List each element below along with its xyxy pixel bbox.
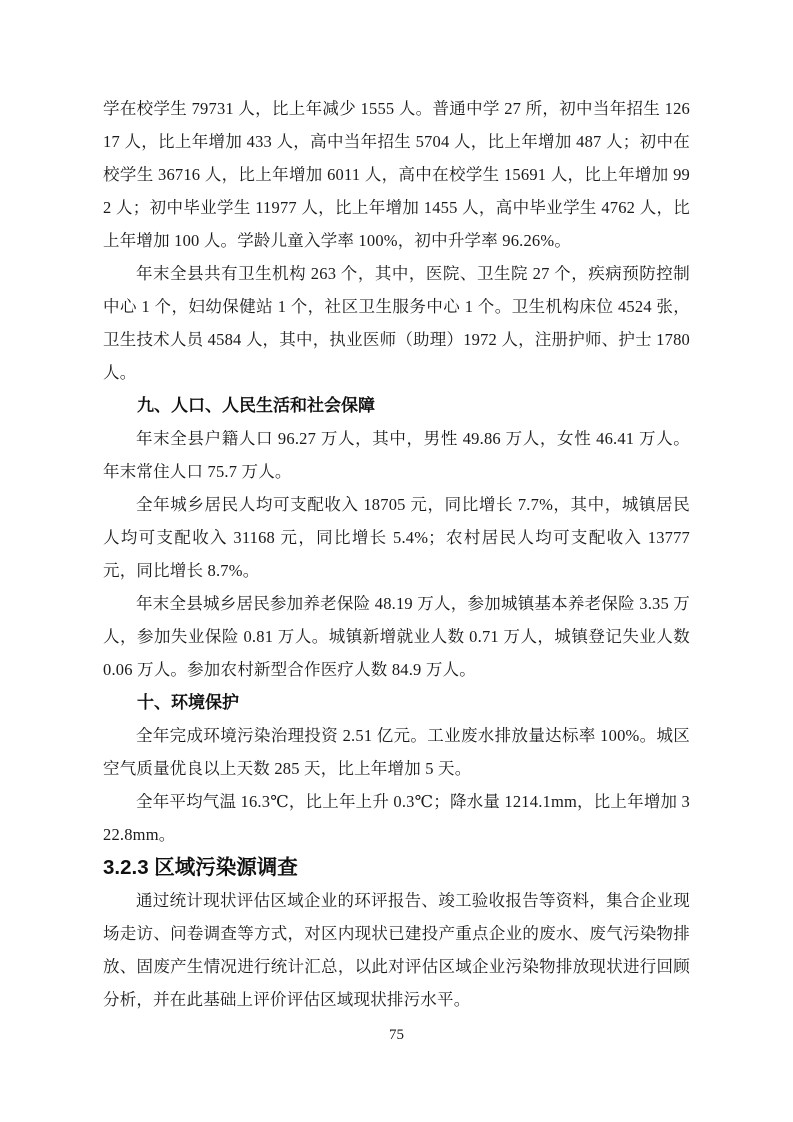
para-income-stats: 全年城乡居民人均可支配收入 18705 元，同比增长 7.7%，其中，城镇居民人… bbox=[103, 488, 690, 587]
document-page: 学在校学生 79731 人，比上年减少 1555 人。普通中学 27 所，初中当… bbox=[0, 0, 793, 1122]
para-population-stats: 年末全县户籍人口 96.27 万人，其中，男性 49.86 万人，女性 46.4… bbox=[103, 422, 690, 488]
para-health-stats: 年末全县共有卫生机构 263 个，其中，医院、卫生院 27 个，疾病预防控制中心… bbox=[103, 257, 690, 389]
page-number: 75 bbox=[0, 1024, 793, 1046]
para-pollution-source-survey: 通过统计现状评估区域企业的环评报告、竣工验收报告等资料，集合企业现场走访、问卷调… bbox=[103, 884, 690, 1016]
heading-section-9-population: 九、人口、人民生活和社会保障 bbox=[103, 389, 690, 422]
heading-section-10-environment: 十、环境保护 bbox=[103, 686, 690, 719]
para-environment-stats: 全年完成环境污染治理投资 2.51 亿元。工业废水排放量达标率 100%。城区空… bbox=[103, 719, 690, 785]
para-social-insurance-stats: 年末全县城乡居民参加养老保险 48.19 万人，参加城镇基本养老保险 3.35 … bbox=[103, 587, 690, 686]
para-climate-stats: 全年平均气温 16.3℃，比上年上升 0.3℃；降水量 1214.1mm，比上年… bbox=[103, 785, 690, 851]
para-education-stats: 学在校学生 79731 人，比上年减少 1555 人。普通中学 27 所，初中当… bbox=[103, 92, 690, 257]
heading-3-2-3-pollution-source-survey: 3.2.3 区域污染源调查 bbox=[103, 851, 690, 884]
